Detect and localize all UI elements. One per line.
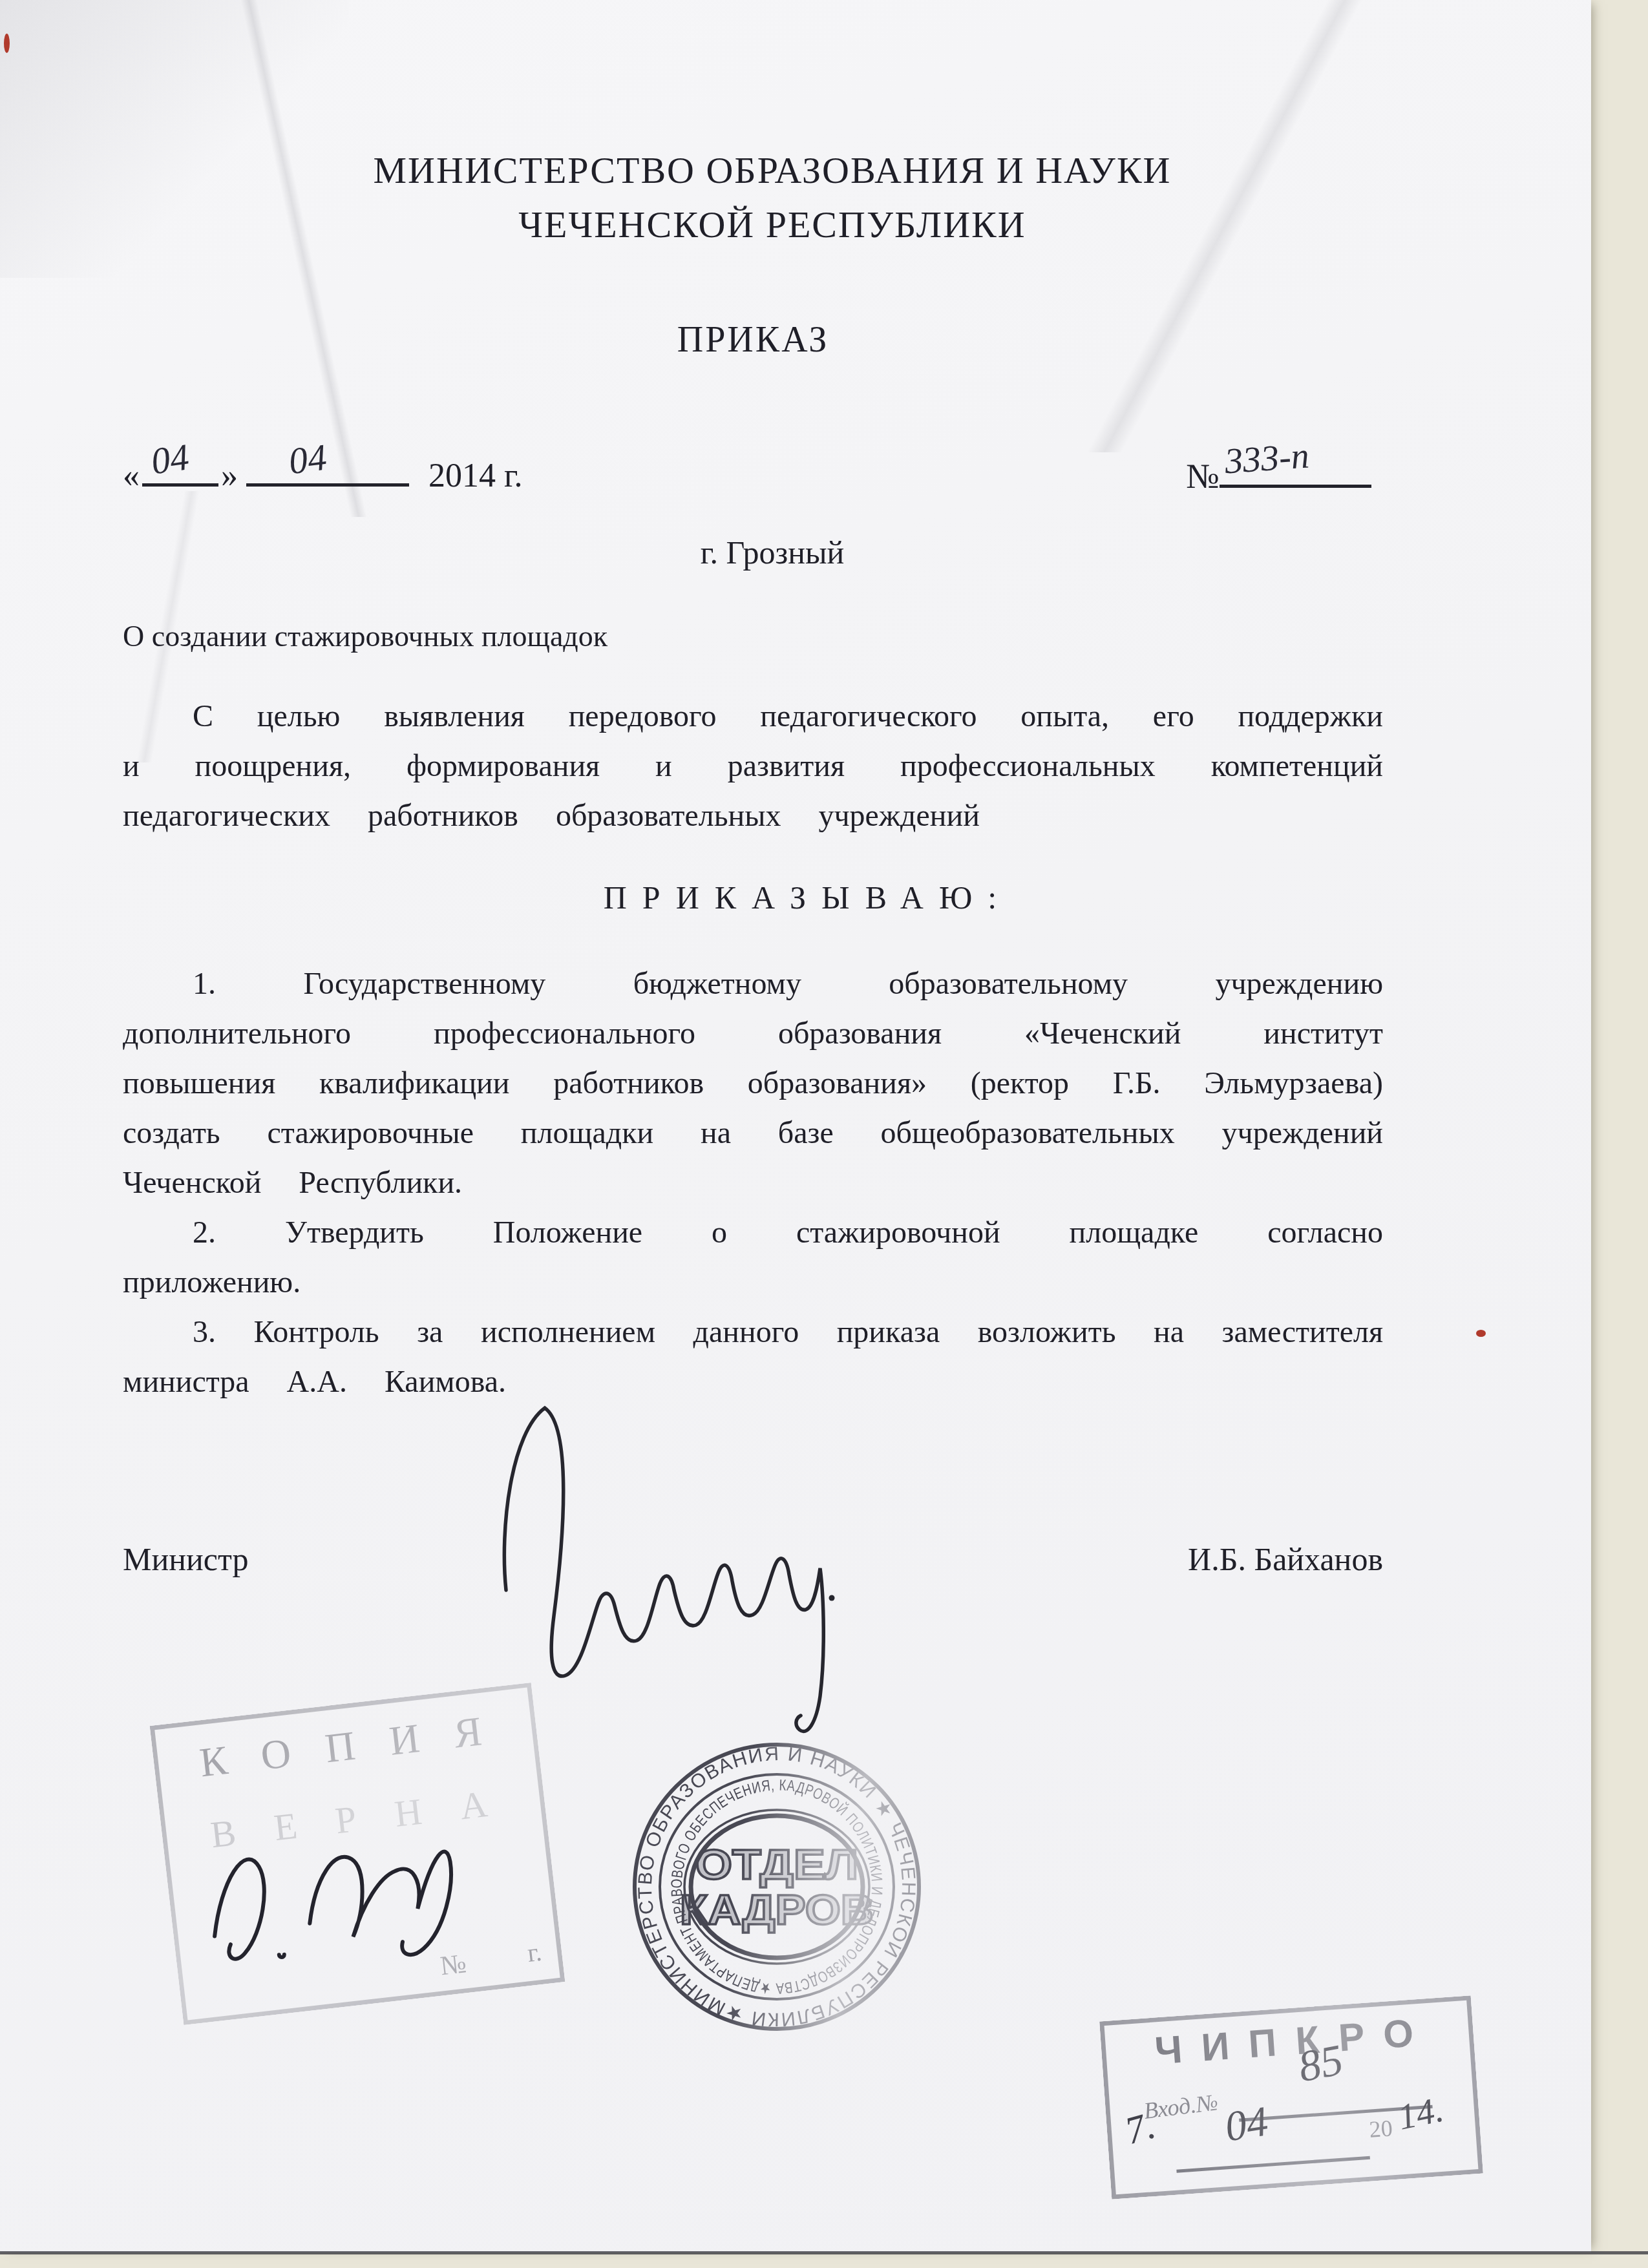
copy-signature-stroke <box>211 1849 455 1965</box>
document-body: С целью выявления передового педагогичес… <box>123 691 1383 1407</box>
document-number: №333-п <box>1186 443 1371 496</box>
handwritten-chip-year: 14. <box>1394 2089 1447 2139</box>
order-item-1: 1. Государственному бюджетному образоват… <box>123 959 1383 1208</box>
signer-name: И.Б. Байханов <box>1188 1540 1383 1578</box>
date-month-blank: 04 <box>246 442 409 487</box>
handwritten-chip-month: 04 <box>1221 2097 1271 2152</box>
copy-stamp-word1: КОПИЯ <box>156 1701 534 1791</box>
preamble-paragraph: С целью выявления передового педагогичес… <box>123 691 1383 841</box>
subject-line: О создании стажировочных площадок <box>123 619 607 653</box>
date-quote-close: » <box>221 457 238 494</box>
chipkro-year-prefix: 20 <box>1368 2114 1393 2143</box>
chipkro-blank-line-2 <box>1176 2156 1370 2173</box>
handwritten-month: 04 <box>286 436 329 483</box>
handwritten-incoming-number: 85 <box>1294 2034 1347 2093</box>
number-sign: № <box>1186 457 1220 496</box>
copy-stamp-signature <box>189 1811 521 2002</box>
copy-stamp-year-abbr: г. <box>526 1937 544 1968</box>
handwritten-day: 04 <box>149 435 192 483</box>
stamp-center-line1: ОТДЕЛ <box>695 1842 858 1888</box>
chipkro-incoming-stamp: ЧИПКРО Вход.№ 85 7. 04 20 14. <box>1099 1995 1483 2200</box>
red-ink-speck <box>4 34 10 53</box>
date-day-blank: 04 <box>142 442 218 487</box>
ministry-name-line2: ЧЕЧЕНСКОЙ РЕСПУБЛИКИ <box>0 198 1545 252</box>
ministry-header: МИНИСТЕРСТВО ОБРАЗОВАНИЯ И НАУКИ ЧЕЧЕНСК… <box>0 143 1545 252</box>
order-item-2: 2. Утвердить Положение о стажировочной п… <box>123 1208 1383 1307</box>
number-blank: 333-п <box>1220 443 1371 488</box>
chipkro-title: ЧИПКРО <box>1104 2007 1470 2077</box>
red-ink-speck <box>1476 1330 1486 1337</box>
scanned-document-page: МИНИСТЕРСТВО ОБРАЗОВАНИЯ И НАУКИ ЧЕЧЕНСК… <box>0 0 1591 2252</box>
date-and-number-row: «04» 042014 г. №333-п <box>123 442 1415 513</box>
document-title: ПРИКАЗ <box>0 319 1506 361</box>
page-bottom-edge <box>0 2251 1648 2254</box>
ink-dot <box>829 1595 835 1601</box>
date-quote-open: « <box>123 457 140 494</box>
date-year: 2014 г. <box>428 457 522 494</box>
order-item-3: 3. Контроль за исполнением данного прика… <box>123 1307 1383 1407</box>
minister-signature-stroke <box>504 1408 823 1732</box>
ministry-name-line1: МИНИСТЕРСТВО ОБРАЗОВАНИЯ И НАУКИ <box>0 143 1545 198</box>
resolution-word: ПРИКАЗЫВАЮ: <box>178 873 1438 923</box>
stamp-center-line2: КАДРОВ <box>680 1887 874 1933</box>
hr-department-round-stamp: МИНИСТЕРСТВО ОБРАЗОВАНИЯ И НАУКИ ★ ЧЕЧЕН… <box>622 1732 932 2042</box>
city-line: г. Грозный <box>0 534 1545 571</box>
minister-signature <box>488 1399 837 1748</box>
handwritten-number: 333-п <box>1223 436 1310 483</box>
chipkro-incoming-label: Вход.№ <box>1142 2088 1220 2125</box>
signer-position: Министр <box>123 1540 248 1578</box>
